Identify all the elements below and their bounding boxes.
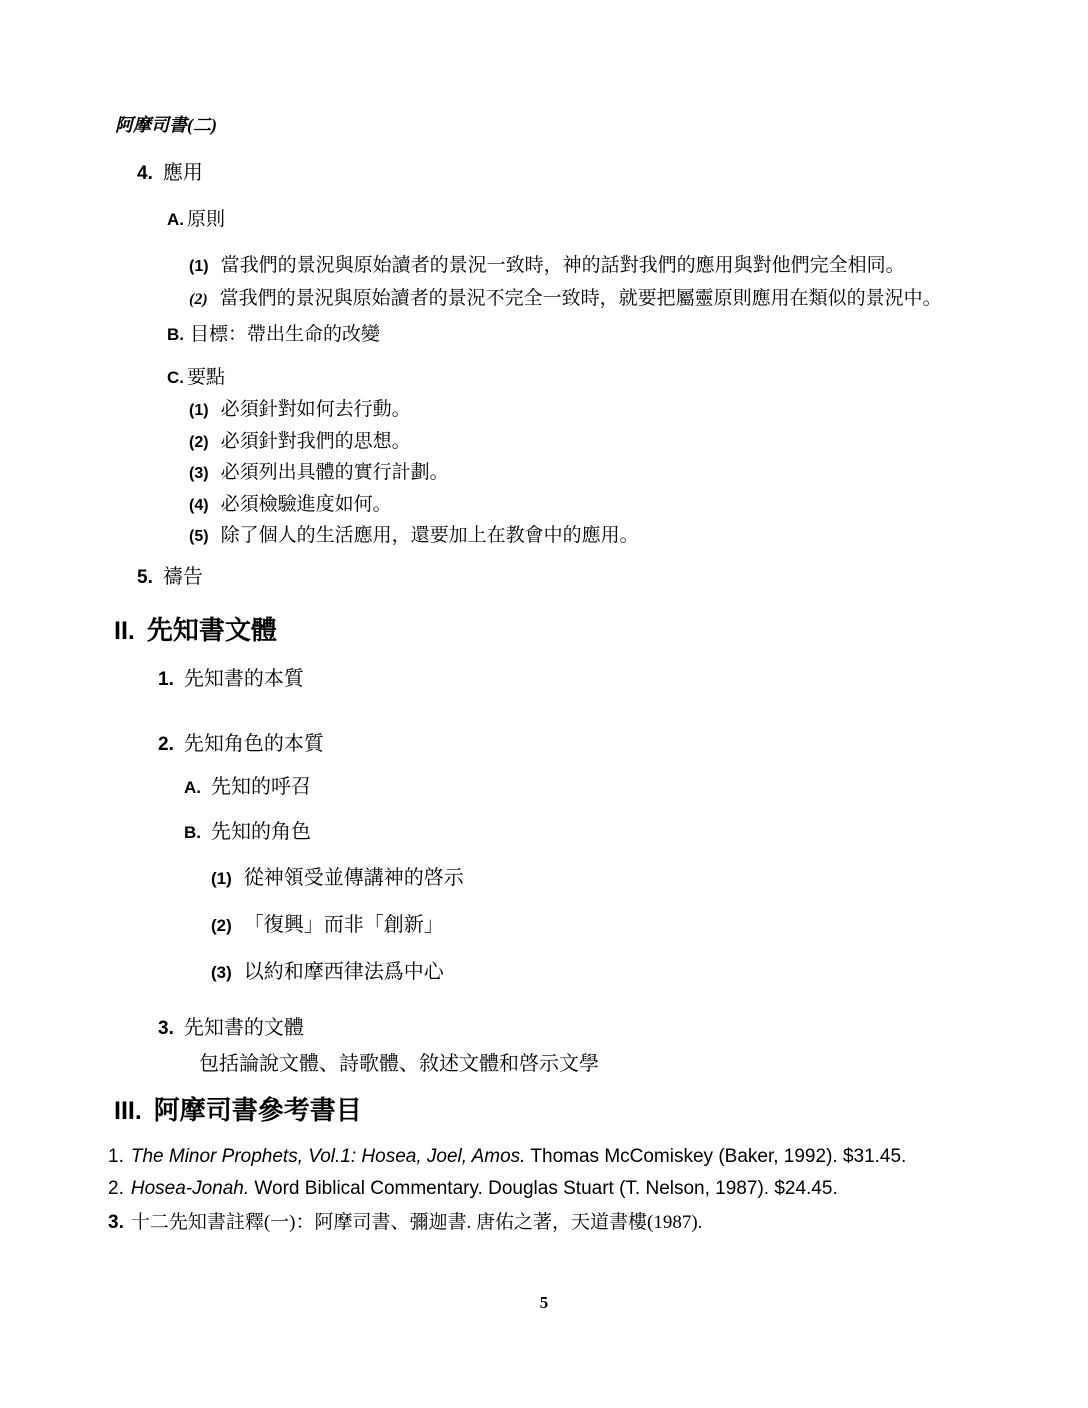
running-header: 阿摩司書(二)	[115, 111, 217, 137]
item-text: 當我們的景況與原始讀者的景況不完全一致時，就要把屬靈原則應用在類似的景況中。	[220, 288, 942, 309]
item-letter: A.	[167, 210, 184, 229]
item-text: 應用	[163, 162, 203, 184]
item-number: (2)	[211, 916, 232, 935]
item-letter: B.	[167, 325, 184, 344]
outline-item-II2B: B.先知的角色	[184, 815, 311, 844]
heading-section-3: III.阿摩司書參考書目	[114, 1090, 362, 1127]
item-number: 2.	[158, 734, 174, 755]
item-text: 先知的角色	[211, 821, 311, 843]
item-number: (3)	[211, 963, 232, 982]
item-text: 先知書的本質	[184, 668, 304, 690]
item-number: 1.	[158, 669, 174, 690]
outline-item-4A1: (1)當我們的景況與原始讀者的景況一致時，神的話對我們的應用與對他們完全相同。	[189, 250, 905, 277]
item-number: (3)	[189, 465, 209, 482]
item-text: 先知的呼召	[211, 776, 311, 798]
item-number: (4)	[189, 497, 209, 514]
heading-number: III.	[114, 1097, 142, 1125]
outline-item-II1: 1.先知書的本質	[158, 662, 304, 691]
item-text: 原則	[187, 209, 225, 230]
item-text: 從神領受並傳講神的啓示	[244, 867, 464, 889]
item-text: 「復興」而非「創新」	[244, 914, 444, 936]
item-number: 5.	[137, 567, 153, 588]
outline-item-4A: A.原則	[167, 204, 225, 231]
outline-item-4C3: (3)必須列出具體的實行計劃。	[189, 457, 449, 484]
entry-details: Word Biblical Commentary. Douglas Stuart…	[249, 1178, 838, 1199]
entry-details: Thomas McComiskey (Baker, 1992). $31.45.	[525, 1146, 906, 1167]
outline-item-4C5: (5)除了個人的生活應用，還要加上在教會中的應用。	[189, 520, 639, 547]
item-letter: A.	[184, 778, 201, 797]
book-title: The Minor Prophets, Vol.1: Hosea, Joel, …	[131, 1146, 526, 1167]
page-number-text: 5	[540, 1293, 549, 1312]
item-text: 必須針對如何去行動。	[221, 399, 411, 420]
item-text: 以約和摩西律法爲中心	[244, 961, 444, 983]
outline-item-4B: B.目標：帶出生命的改變	[167, 319, 380, 346]
outline-item-4A2: (2)當我們的景況與原始讀者的景況不完全一致時，就要把屬靈原則應用在類似的景況中…	[189, 283, 942, 310]
item-text: 當我們的景況與原始讀者的景況一致時，神的話對我們的應用與對他們完全相同。	[221, 255, 905, 276]
heading-section-2: II.先知書文體	[114, 610, 277, 647]
item-letter: C.	[167, 368, 184, 387]
item-letter: B.	[184, 823, 201, 842]
outline-item-4C2: (2)必須針對我們的思想。	[189, 426, 411, 453]
entry-number: 3.	[108, 1212, 124, 1233]
page-number: 5	[0, 1293, 1088, 1313]
item-number: (1)	[189, 258, 209, 275]
heading-number: II.	[114, 617, 135, 645]
outline-item-II2: 2.先知角色的本質	[158, 727, 324, 756]
item-text: 必須列出具體的實行計劃。	[221, 462, 449, 483]
item-number: (1)	[189, 402, 209, 419]
heading-text: 先知書文體	[147, 616, 277, 645]
outline-item-II2A: A.先知的呼召	[184, 770, 311, 799]
item-text: 必須針對我們的思想。	[221, 431, 411, 452]
item-text: 目標：帶出生命的改變	[190, 324, 380, 345]
item-number: (5)	[189, 528, 209, 545]
bibliography-entry-2: 2.Hosea-Jonah. Word Biblical Commentary.…	[108, 1178, 838, 1200]
item-text: 先知角色的本質	[184, 733, 324, 755]
outline-note: 包括論說文體、詩歌體、敘述文體和啓示文學	[199, 1047, 599, 1076]
item-number: 3.	[158, 1018, 174, 1039]
outline-item-4C4: (4)必須檢驗進度如何。	[189, 489, 392, 516]
bibliography-entry-1: 1.The Minor Prophets, Vol.1: Hosea, Joel…	[108, 1146, 906, 1168]
outline-item-II2B3: (3)以約和摩西律法爲中心	[211, 955, 444, 984]
item-text: 必須檢驗進度如何。	[221, 494, 392, 515]
item-text: 除了個人的生活應用，還要加上在教會中的應用。	[221, 525, 639, 546]
outline-item-4C: C.要點	[167, 362, 225, 389]
note-text: 包括論說文體、詩歌體、敘述文體和啓示文學	[199, 1053, 599, 1075]
outline-item-II2B1: (1)從神領受並傳講神的啓示	[211, 861, 464, 890]
outline-item-4C1: (1)必須針對如何去行動。	[189, 394, 411, 421]
running-header-text: 阿摩司書(二)	[115, 115, 217, 135]
outline-item-5: 5.禱告	[137, 560, 203, 589]
item-text: 先知書的文體	[184, 1017, 304, 1039]
heading-text: 阿摩司書參考書目	[154, 1096, 362, 1125]
entry-number: 1.	[108, 1146, 124, 1167]
entry-details: 十二先知書註釋(一)：阿摩司書、彌迦書. 唐佑之著，天道書樓(1987).	[131, 1212, 703, 1233]
document-page: 阿摩司書(二) 4.應用 A.原則 (1)當我們的景況與原始讀者的景況一致時，神…	[0, 0, 1088, 1408]
item-number: 4.	[137, 163, 153, 184]
item-number: (1)	[211, 869, 232, 888]
item-number: (2)	[189, 291, 208, 308]
outline-item-II3: 3.先知書的文體	[158, 1011, 304, 1040]
outline-item-4: 4.應用	[137, 156, 203, 185]
entry-number: 2.	[108, 1178, 124, 1199]
item-text: 禱告	[163, 566, 203, 588]
item-text: 要點	[187, 367, 225, 388]
item-number: (2)	[189, 434, 209, 451]
bibliography-entry-3: 3.十二先知書註釋(一)：阿摩司書、彌迦書. 唐佑之著，天道書樓(1987).	[108, 1207, 702, 1234]
outline-item-II2B2: (2)「復興」而非「創新」	[211, 908, 444, 937]
book-title: Hosea-Jonah.	[131, 1178, 249, 1199]
